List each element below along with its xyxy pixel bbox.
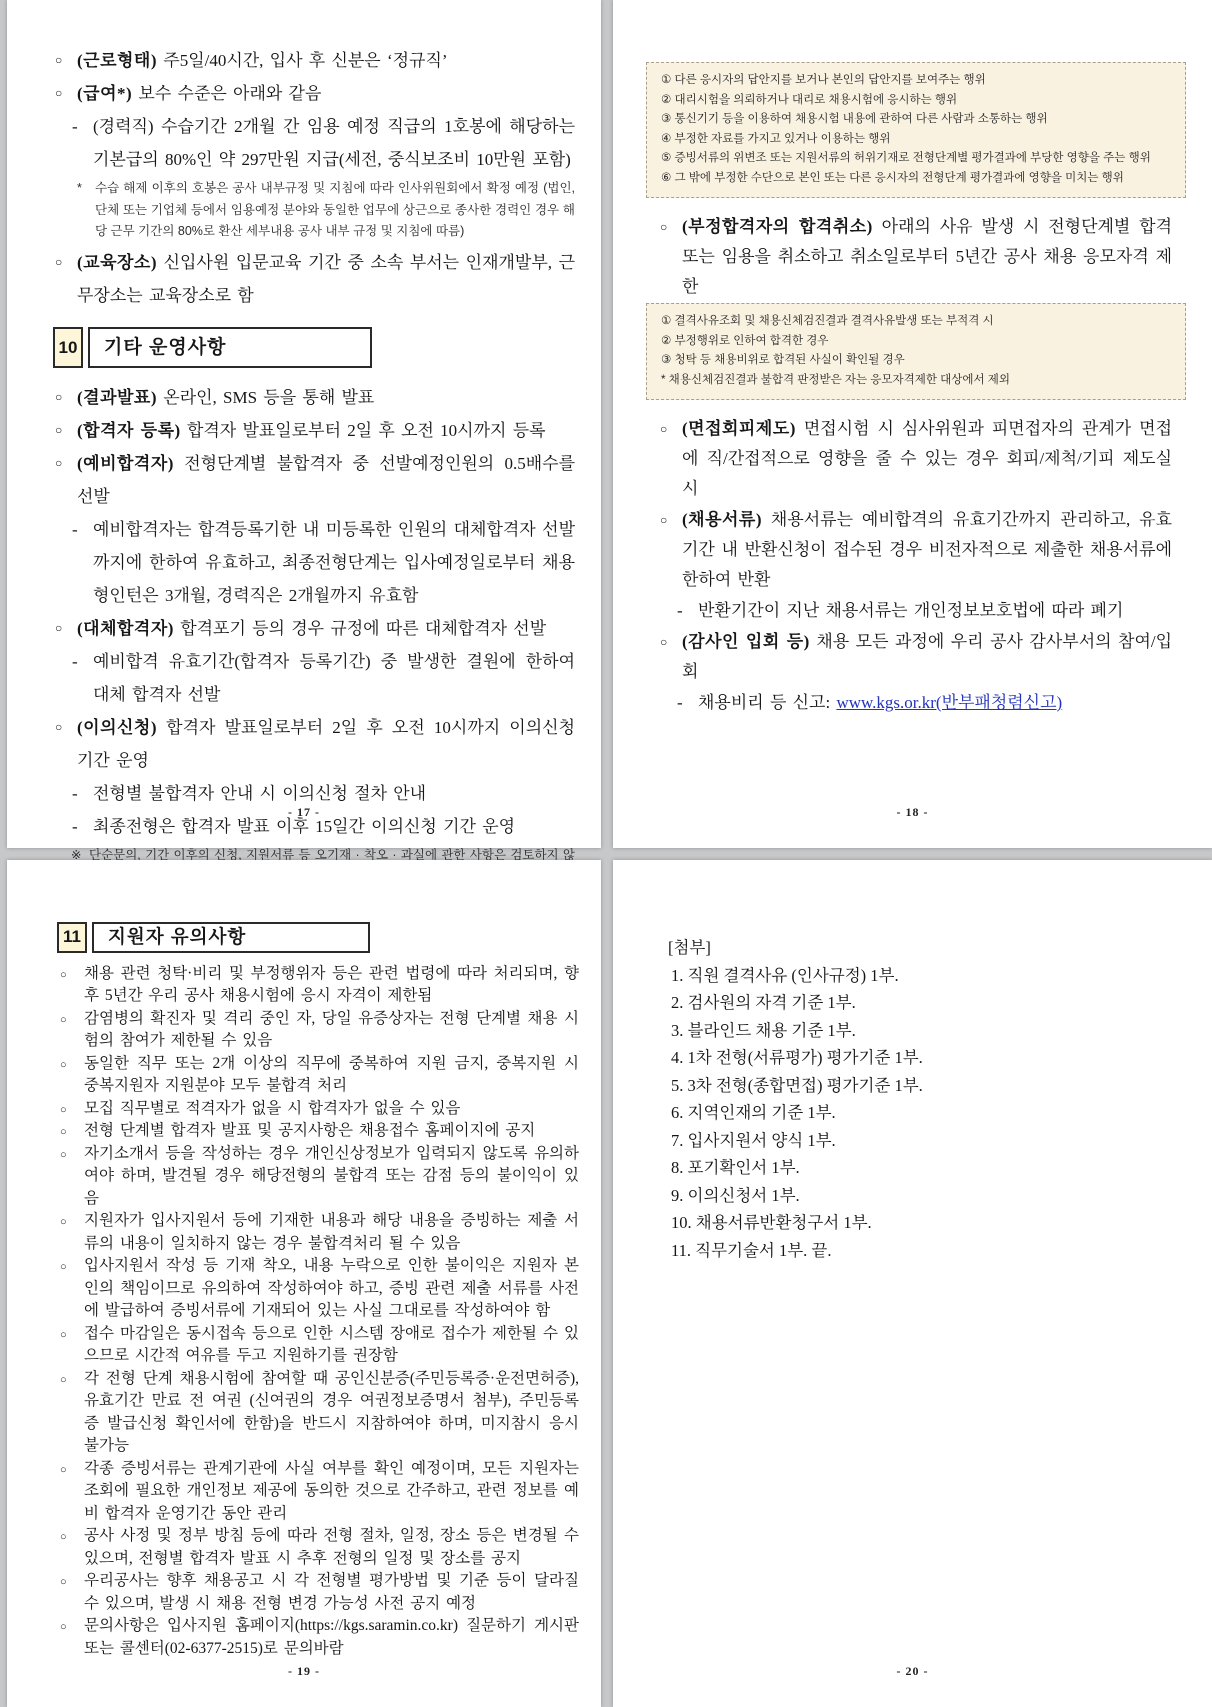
sub-item: -예비합격자는 합격등록기한 내 미등록한 인원의 대체합격자 선발까지에 한하… (53, 513, 575, 612)
section-title: 기타 운영사항 (88, 327, 372, 368)
bullet-item: ○접수 마감일은 동시접속 등으로 인한 시스템 장애로 접수가 제한될 수 있… (57, 1323, 579, 1368)
circle-bullet-marker: ○ (60, 1054, 67, 1077)
bullet-item: ○(급여*) 보수 수준은 아래와 같음 (53, 77, 575, 110)
circle-bullet-marker: ○ (55, 711, 62, 744)
circle-bullet-marker: ○ (55, 246, 62, 279)
attachment-item: 5. 3차 전형(종합면접) 평가기준 1부. (668, 1072, 1172, 1100)
page-number: - 19 - (7, 1664, 601, 1679)
bullet-label: (교육장소) (77, 253, 157, 272)
circle-bullet-marker: ○ (55, 44, 62, 77)
section-number: 11 (57, 922, 87, 953)
bullet-item: ○(부정합격자의 합격취소) 아래의 사유 발생 시 전형단계별 합격 또는 임… (658, 212, 1172, 302)
bullet-item: ○동일한 직무 또는 2개 이상의 직무에 중복하여 지원 금지, 중복지원 시… (57, 1053, 579, 1098)
attachment-item: 4. 1차 전형(서류평가) 평가기준 1부. (668, 1044, 1172, 1072)
attachment-item: 9. 이의신청서 1부. (668, 1182, 1172, 1210)
dash-marker: - (677, 688, 683, 718)
attachment-item: 7. 입사지원서 양식 1부. (668, 1127, 1172, 1155)
notice-box-line: ④ 부정한 자료를 가지고 있거나 이용하는 행위 (661, 130, 1171, 150)
attachment-item: 8. 포기확인서 1부. (668, 1154, 1172, 1182)
attachment-item: 2. 검사원의 자격 기준 1부. (668, 989, 1172, 1017)
circle-bullet-marker: ○ (60, 1144, 67, 1167)
circle-bullet-marker: ○ (660, 414, 667, 444)
circle-bullet-marker: ○ (60, 1121, 67, 1144)
circle-bullet-marker: ○ (60, 1099, 67, 1122)
notice-box: ① 다른 응시자의 답안지를 보거나 본인의 답안지를 보여주는 행위② 대리시… (646, 62, 1186, 198)
circle-bullet-marker: ○ (55, 77, 62, 110)
bullet-item: ○(결과발표) 온라인, SMS 등을 통해 발표 (53, 381, 575, 414)
bullet-item: ○전형 단계별 합격자 발표 및 공지사항은 채용접수 홈페이지에 공지 (57, 1120, 579, 1143)
sub-item: -채용비리 등 신고: www.kgs.or.kr(반부패청렴신고) (658, 688, 1172, 718)
bullet-item: ○우리공사는 향후 채용공고 시 각 전형별 평가방법 및 기준 등이 달라질 … (57, 1570, 579, 1615)
bullet-label: (부정합격자의 합격취소) (682, 217, 873, 236)
section-header: 11지원자 유의사항 (57, 922, 579, 953)
page-number: - 17 - (7, 805, 601, 820)
dash-marker: - (72, 513, 78, 546)
circle-bullet-marker: ○ (55, 381, 62, 414)
notice-box-line: ① 다른 응시자의 답안지를 보거나 본인의 답안지를 보여주는 행위 (661, 71, 1171, 91)
circle-bullet-marker: ○ (55, 612, 62, 645)
notice-box: ① 결격사유조회 및 채용신체검진결과 결격사유발생 또는 부적격 시② 부정행… (646, 303, 1186, 400)
page-19-content: 11지원자 유의사항○채용 관련 청탁·비리 및 부정행위자 등은 관련 법령에… (7, 860, 601, 1660)
bullet-item: ○각 전형 단계 채용시험에 참여할 때 공인신분증(주민등록증·운전면허증),… (57, 1368, 579, 1458)
circle-bullet-marker: ○ (60, 964, 67, 987)
dash-marker: - (72, 110, 78, 143)
circle-bullet-marker: ○ (60, 1459, 67, 1482)
bullet-item: ○(근로형태) 주5일/40시간, 입사 후 신분은 ‘정규직’ (53, 44, 575, 77)
bullet-item: ○(예비합격자) 전형단계별 불합격자 중 선발예정인원의 0.5배수를 선발 (53, 447, 575, 513)
dash-marker: - (677, 596, 683, 626)
bullet-label: (대체합격자) (77, 619, 174, 638)
page-19: 11지원자 유의사항○채용 관련 청탁·비리 및 부정행위자 등은 관련 법령에… (7, 860, 601, 1707)
bullet-label: (감사인 입회 등) (682, 632, 810, 651)
notice-box-line: * 채용신체검진결과 불합격 판정받은 자는 응모자격제한 대상에서 제외 (661, 371, 1171, 391)
bullet-item: ○입사지원서 작성 등 기재 착오, 내용 누락으로 인한 불이익은 지원자 본… (57, 1255, 579, 1323)
notice-box-line: ⑤ 증빙서류의 위변조 또는 지원서류의 허위기재로 전형단계별 평가결과에 부… (661, 149, 1171, 169)
circle-bullet-marker: ○ (660, 627, 667, 657)
bullet-item: ○(이의신청) 합격자 발표일로부터 2일 후 오전 10시까지 이의신청 기간… (53, 711, 575, 777)
circle-bullet-marker: ○ (55, 414, 62, 447)
page-20-content: [첨부]1. 직원 결격사유 (인사규정) 1부.2. 검사원의 자격 기준 1… (613, 860, 1212, 1264)
notice-box-line: ② 부정행위로 인하여 합격한 경우 (661, 332, 1171, 352)
bullet-item: ○(교육장소) 신입사원 입문교육 기간 중 소속 부서는 인재개발부, 근무장… (53, 246, 575, 312)
notice-box-line: ⑥ 그 밖에 부정한 수단으로 본인 또는 다른 응시자의 전형단계 평가결과에… (661, 169, 1171, 189)
circle-bullet-marker: ○ (60, 1256, 67, 1279)
document-viewer: ○(근로형태) 주5일/40시간, 입사 후 신분은 ‘정규직’○(급여*) 보… (0, 0, 1212, 1707)
attachment-item: 11. 직무기술서 1부. 끝. (668, 1237, 1172, 1265)
bullet-label: (채용서류) (682, 510, 762, 529)
kgs-report-link[interactable]: www.kgs.or.kr(반부패청렴신고) (836, 693, 1062, 712)
section-title: 지원자 유의사항 (92, 922, 370, 953)
attachment-item: 6. 지역인재의 기준 1부. (668, 1099, 1172, 1127)
bullet-item: ○(합격자 등록) 합격자 발표일로부터 2일 후 오전 10시까지 등록 (53, 414, 575, 447)
circle-bullet-marker: ○ (660, 212, 667, 242)
circle-bullet-marker: ○ (60, 1616, 67, 1639)
bullet-label: (결과발표) (77, 388, 157, 407)
dash-marker: - (72, 645, 78, 678)
section-header: 10기타 운영사항 (53, 327, 575, 368)
notice-box-line: ① 결격사유조회 및 채용신체검진결과 결격사유발생 또는 부적격 시 (661, 312, 1171, 332)
circle-bullet-marker: ○ (60, 1571, 67, 1594)
bullet-label: (근로형태) (77, 51, 157, 70)
attachment-item: 1. 직원 결격사유 (인사규정) 1부. (668, 962, 1172, 990)
attachment-item: 3. 블라인드 채용 기준 1부. (668, 1017, 1172, 1045)
page-17: ○(근로형태) 주5일/40시간, 입사 후 신분은 ‘정규직’○(급여*) 보… (7, 0, 601, 848)
page-18: ① 다른 응시자의 답안지를 보거나 본인의 답안지를 보여주는 행위② 대리시… (613, 0, 1212, 848)
circle-bullet-marker: ○ (60, 1369, 67, 1392)
bullet-item: ○(대체합격자) 합격포기 등의 경우 규정에 따른 대체합격자 선발 (53, 612, 575, 645)
notice-box-line: ③ 청탁 등 채용비위로 합격된 사실이 확인될 경우 (661, 351, 1171, 371)
circle-bullet-marker: ○ (60, 1324, 67, 1347)
circle-bullet-marker: ○ (60, 1526, 67, 1549)
attachment-heading: [첨부] (668, 934, 1172, 962)
bullet-label: (급여*) (77, 84, 132, 103)
page-number: - 20 - (613, 1664, 1212, 1679)
attachment-item: 10. 채용서류반환청구서 1부. (668, 1209, 1172, 1237)
page-20: [첨부]1. 직원 결격사유 (인사규정) 1부.2. 검사원의 자격 기준 1… (613, 860, 1212, 1707)
sub-item: -(경력직) 수습기간 2개월 간 임용 예정 직급의 1호봉에 해당하는 기본… (53, 110, 575, 176)
bullet-item: ○문의사항은 입사지원 홈페이지(https://kgs.saramin.co.… (57, 1615, 579, 1660)
sub-item: -예비합격 유효기간(합격자 등록기간) 중 발생한 결원에 한하여 대체 합격… (53, 645, 575, 711)
bullet-label: (예비합격자) (77, 454, 174, 473)
page-18-content: ① 다른 응시자의 답안지를 보거나 본인의 답안지를 보여주는 행위② 대리시… (613, 0, 1212, 934)
fine-print: *수습 해제 이후의 호봉은 공사 내부규정 및 지침에 따라 인사위원회에서 … (53, 178, 575, 243)
bullet-item: ○자기소개서 등을 작성하는 경우 개인신상정보가 입력되지 않도록 유의하여야… (57, 1143, 579, 1211)
sub-item: -반환기간이 지난 채용서류는 개인정보보호법에 따라 폐기 (658, 596, 1172, 626)
bullet-label: (합격자 등록) (77, 421, 181, 440)
notice-box-line: ③ 통신기기 등을 이용하여 채용시험 내용에 관하여 다른 사람과 소통하는 … (661, 110, 1171, 130)
section-number: 10 (53, 327, 83, 368)
bullet-item: ○감염병의 확진자 및 격리 중인 자, 당일 유증상자는 전형 단계별 채용 … (57, 1008, 579, 1053)
page-number: - 18 - (613, 805, 1212, 820)
bullet-item: ○모집 직무별로 적격자가 없을 시 합격자가 없을 수 있음 (57, 1098, 579, 1121)
bullet-label: (면접회피제도) (682, 419, 796, 438)
circle-bullet-marker: ○ (60, 1211, 67, 1234)
bullet-item: ○(감사인 입회 등) 채용 모든 과정에 우리 공사 감사부서의 참여/입회 (658, 627, 1172, 687)
bullet-item: ○공사 사정 및 정부 방침 등에 따라 전형 절차, 일정, 장소 등은 변경… (57, 1525, 579, 1570)
circle-bullet-marker: ○ (55, 447, 62, 480)
circle-bullet-marker: ○ (60, 1009, 67, 1032)
bullet-label: (이의신청) (77, 718, 157, 737)
bullet-item: ○각종 증빙서류는 관계기관에 사실 여부를 확인 예정이며, 모든 지원자는 … (57, 1458, 579, 1526)
bullet-item: ○채용 관련 청탁·비리 및 부정행위자 등은 관련 법령에 따라 처리되며, … (57, 963, 579, 1008)
notice-box-line: ② 대리시험을 의뢰하거나 대리로 채용시험에 응시하는 행위 (661, 91, 1171, 111)
bullet-item: ○지원자가 입사지원서 등에 기재한 내용과 해당 내용을 증빙하는 제출 서류… (57, 1210, 579, 1255)
bullet-item: ○(면접회피제도) 면접시험 시 심사위원과 피면접자의 관계가 면접에 직/간… (658, 414, 1172, 504)
bullet-item: ○(채용서류) 채용서류는 예비합격의 유효기간까지 관리하고, 유효기간 내 … (658, 505, 1172, 595)
circle-bullet-marker: ○ (660, 505, 667, 535)
asterisk-marker: * (77, 178, 82, 200)
